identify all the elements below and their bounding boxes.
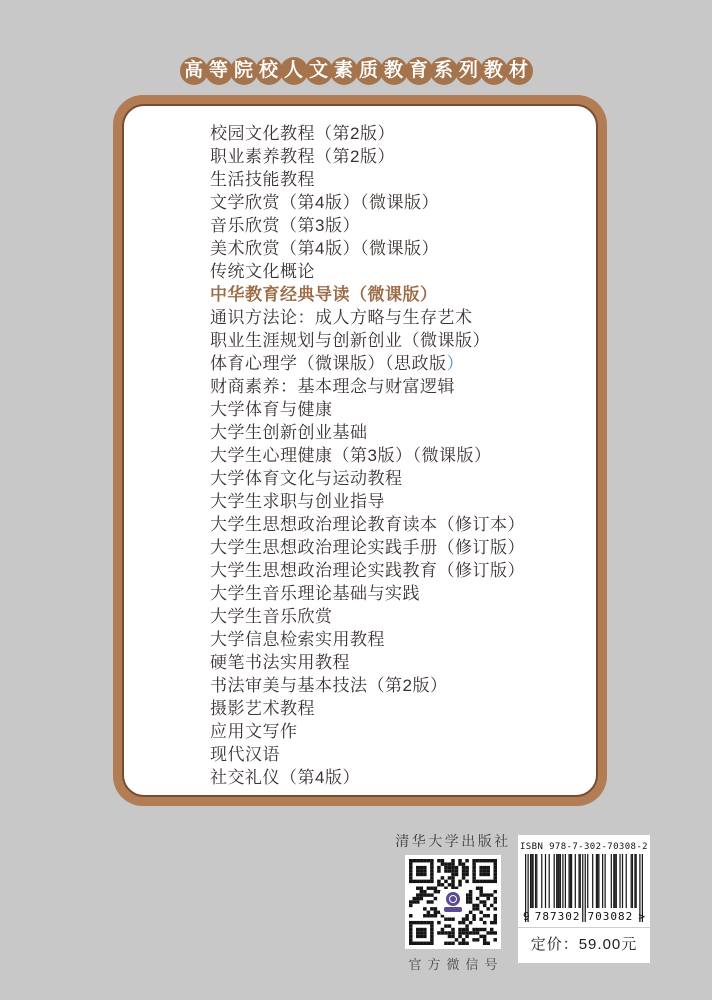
barcode-digits-left: 787302 bbox=[533, 910, 583, 924]
book-title: 硬笔书法实用教程 bbox=[210, 651, 596, 674]
book-title: 摄影艺术教程 bbox=[210, 697, 596, 720]
book-title: 音乐欣赏（第3版） bbox=[210, 214, 596, 237]
book-title: 大学生求职与创业指导 bbox=[210, 490, 596, 513]
banner-character: 校 bbox=[255, 57, 283, 85]
book-title: 现代汉语 bbox=[210, 743, 596, 766]
book-title: 大学生音乐理论基础与实践 bbox=[210, 582, 596, 605]
wechat-account-label: 官方微信号 bbox=[388, 954, 518, 973]
book-title: 社交礼仪（第4版） bbox=[210, 766, 596, 789]
book-title: 大学生心理健康（第3版）（微课版） bbox=[210, 444, 596, 467]
book-title: 大学生音乐欣赏 bbox=[210, 605, 596, 628]
banner-character: 系 bbox=[430, 57, 458, 85]
series-banner: 高等院校人文素质教育系列教材 bbox=[0, 57, 712, 85]
book-title: 美术欣赏（第4版）（微课版） bbox=[210, 237, 596, 260]
book-title: 中华教育经典导读（微课版） bbox=[210, 283, 596, 306]
book-title: 职业素养教程（第2版） bbox=[210, 145, 596, 168]
isbn-barcode-box: ISBN 978-7-302-70308-2 9 787302 703082 >… bbox=[518, 835, 650, 963]
banner-character: 列 bbox=[455, 57, 483, 85]
book-title: 大学生思想政治理论教育读本（修订本） bbox=[210, 513, 596, 536]
book-list-frame: 校园文化教程（第2版）职业素养教程（第2版）生活技能教程文学欣赏（第4版）（微课… bbox=[113, 95, 607, 806]
banner-character: 材 bbox=[505, 57, 533, 85]
book-title: 职业生涯规划与创新创业（微课版） bbox=[210, 329, 596, 352]
book-title: 生活技能教程 bbox=[210, 168, 596, 191]
barcode-quiet-zone-mark: > bbox=[638, 910, 645, 924]
book-title: 书法审美与基本技法（第2版） bbox=[210, 674, 596, 697]
banner-character: 院 bbox=[230, 57, 258, 85]
book-list-panel: 校园文化教程（第2版）职业素养教程（第2版）生活技能教程文学欣赏（第4版）（微课… bbox=[122, 104, 598, 797]
barcode-numbers: 9 787302 703082 > bbox=[523, 910, 645, 924]
banner-character: 育 bbox=[405, 57, 433, 85]
barcode-digits-right: 703082 bbox=[586, 910, 636, 924]
price-divider bbox=[518, 927, 650, 928]
book-title: 文学欣赏（第4版）（微课版） bbox=[210, 191, 596, 214]
book-title: 应用文写作 bbox=[210, 720, 596, 743]
book-title: 大学信息检索实用教程 bbox=[210, 628, 596, 651]
banner-character: 教 bbox=[380, 57, 408, 85]
banner-character: 素 bbox=[330, 57, 358, 85]
banner-character: 等 bbox=[205, 57, 233, 85]
publisher-name: 清华大学出版社 bbox=[388, 831, 518, 851]
banner-character: 高 bbox=[180, 57, 208, 85]
blue-parenthesis: ） bbox=[447, 354, 465, 373]
book-title: 通识方法论：成人方略与生存艺术 bbox=[210, 306, 596, 329]
barcode-digit-lead: 9 bbox=[523, 910, 530, 924]
book-title: 大学体育文化与运动教程 bbox=[210, 467, 596, 490]
publisher-emblem-banner bbox=[444, 907, 462, 912]
book-title: 大学体育与健康 bbox=[210, 398, 596, 421]
banner-character: 人 bbox=[280, 57, 308, 85]
book-title: 校园文化教程（第2版） bbox=[210, 122, 596, 145]
book-title: 大学生思想政治理论实践手册（修订版） bbox=[210, 536, 596, 559]
book-title: 体育心理学（微课版）（思政版） bbox=[210, 352, 596, 375]
qr-center-logo bbox=[440, 889, 466, 915]
price-label: 定价：59.00元 bbox=[518, 933, 650, 954]
publisher-block: 清华大学出版社 官方微信号 bbox=[388, 831, 518, 973]
wechat-qr-code bbox=[405, 855, 501, 949]
isbn-label: ISBN 978-7-302-70308-2 bbox=[518, 842, 650, 852]
banner-character: 教 bbox=[480, 57, 508, 85]
publisher-emblem-icon bbox=[446, 892, 460, 906]
banner-character: 文 bbox=[305, 57, 333, 85]
banner-character: 质 bbox=[355, 57, 383, 85]
book-title: 传统文化概论 bbox=[210, 260, 596, 283]
book-title: 大学生思想政治理论实践教育（修订版） bbox=[210, 559, 596, 582]
book-title: 大学生创新创业基础 bbox=[210, 421, 596, 444]
book-title: 财商素养：基本理念与财富逻辑 bbox=[210, 375, 596, 398]
book-list: 校园文化教程（第2版）职业素养教程（第2版）生活技能教程文学欣赏（第4版）（微课… bbox=[210, 122, 596, 789]
